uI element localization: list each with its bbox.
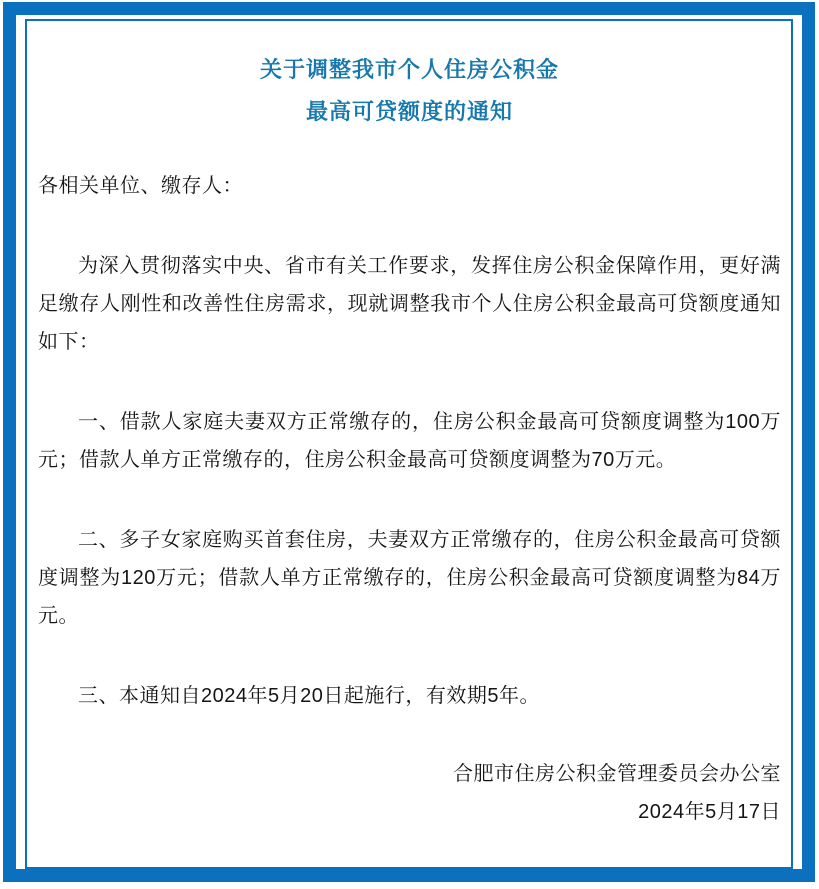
notice-title-line1: 关于调整我市个人住房公积金 [38,49,781,91]
paragraph-intro: 为深入贯彻落实中央、省市有关工作要求，发挥住房公积金保障作用，更好满足缴存人刚性… [38,247,781,361]
salutation: 各相关单位、缴存人： [38,167,781,205]
paragraph-item-1: 一、借款人家庭夫妻双方正常缴存的，住房公积金最高可贷额度调整为100万元；借款人… [38,403,781,479]
paragraph-item-3: 三、本通知自2024年5月20日起施行，有效期5年。 [38,677,781,715]
paragraph-item-2: 二、多子女家庭购买首套住房，夫妻双方正常缴存的，住房公积金最高可贷额度调整为12… [38,521,781,635]
notice-title: 关于调整我市个人住房公积金 最高可贷额度的通知 [38,49,781,133]
signature-date: 2024年5月17日 [38,793,781,831]
notice-document: 关于调整我市个人住房公积金 最高可贷额度的通知 各相关单位、缴存人： 为深入贯彻… [27,21,791,867]
signature-org: 合肥市住房公积金管理委员会办公室 [38,755,781,793]
notice-title-line2: 最高可贷额度的通知 [38,91,781,133]
document-inner-border: 关于调整我市个人住房公积金 最高可贷额度的通知 各相关单位、缴存人： 为深入贯彻… [25,19,793,869]
